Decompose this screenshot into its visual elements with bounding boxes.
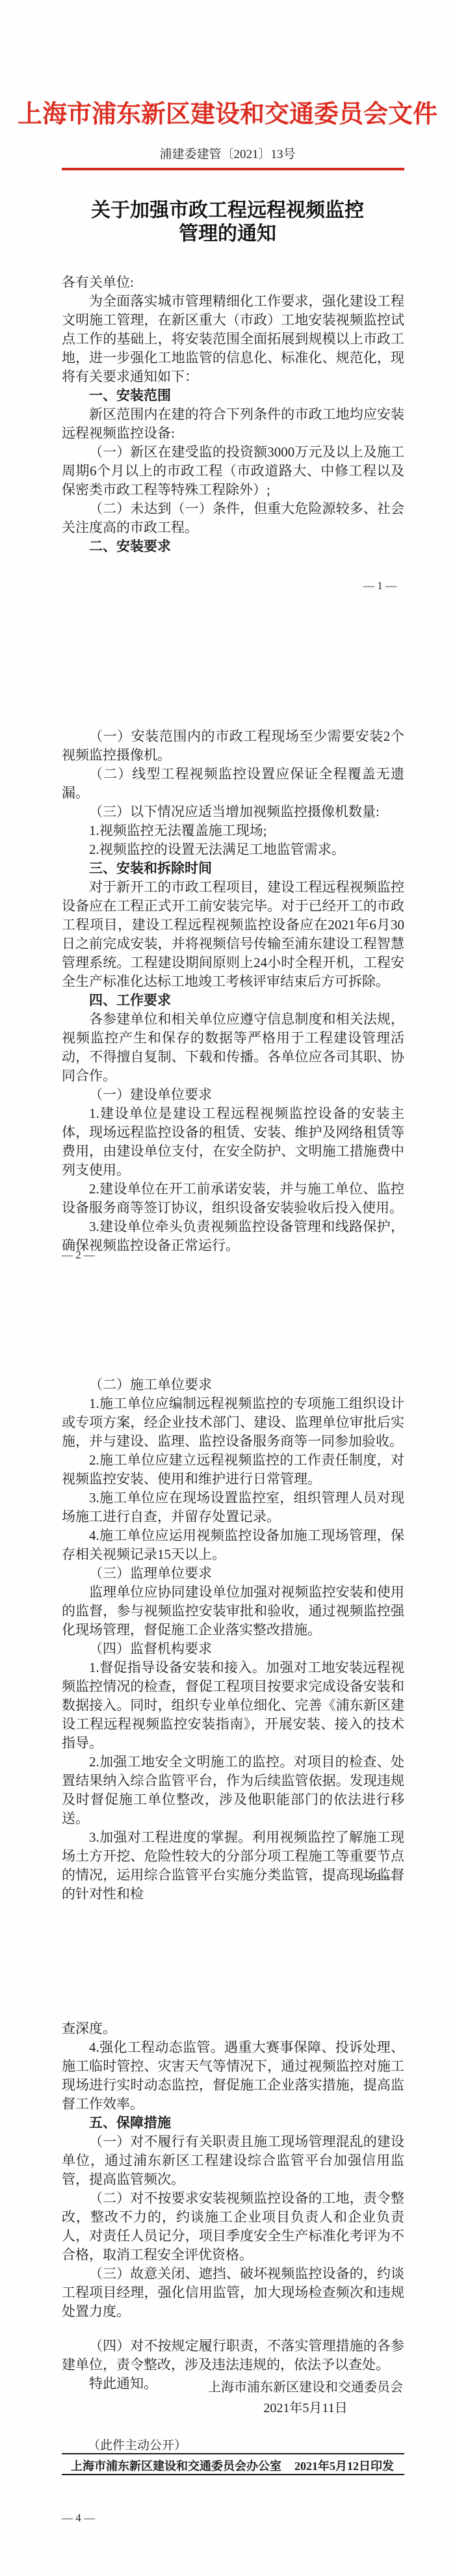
paragraph: （一）新区在建受监的投资额3000万元及以上及施工周期6个月以上的市政工程（市政… <box>62 443 404 499</box>
paragraph: 2.建设单位在开工前承诺安装，并与施工单位、监控设备服务商等签订协议，组织设备安… <box>62 1180 404 1217</box>
red-masthead-title: 上海市浦东新区建设和交通委员会文件 <box>0 94 455 129</box>
signature-organization: 上海市浦东新区建设和交通委员会 <box>208 2378 403 2397</box>
section-heading: 三、安装和拆除时间 <box>62 859 404 878</box>
paragraph: （四）对不按规定履行职责，不落实管理措施的各参建单位，责令整改，涉及违法违规的，… <box>62 2337 404 2374</box>
page-number-1: — 1 — <box>363 579 396 592</box>
page-4-body: 查深度。4.强化工程动态监管。遇重大赛事保障、投诉处理、施工临时管控、灾害天气等… <box>62 2019 404 2393</box>
paragraph: 监理单位应协同建设单位加强对视频监控安装和使用的监督，参与视频监控安装审批和验收… <box>62 1583 404 1640</box>
paragraph: （一）安装范围内的市政工程现场至少需要安装2个视频监控摄像机。 <box>62 727 404 765</box>
footer-divider-bottom <box>62 2474 404 2475</box>
sub-heading: （一）建设单位要求 <box>62 1085 404 1104</box>
signature-block: 上海市浦东新区建设和交通委员会 2021年5月11日 <box>208 2378 403 2418</box>
paragraph: 3.加强对工程进度的掌握。利用视频监控了解施工现场土方开挖、危险性较大的分部分项… <box>62 1828 404 1904</box>
paragraph: （三）以下情况应适当增加视频监控摄像机数量: <box>62 803 404 821</box>
sub-heading: （二）施工单位要求 <box>62 1375 404 1394</box>
red-divider-line <box>62 168 404 170</box>
page-2-body: （一）安装范围内的市政工程现场至少需要安装2个视频监控摄像机。（二）线型工程视频… <box>62 727 404 1255</box>
paragraph: 查深度。 <box>62 2019 404 2038</box>
scanned-document: 上海市浦东新区建设和交通委员会文件 浦建委建管〔2021〕13号 关于加强市政工… <box>0 0 455 2576</box>
paragraph: 对于新开工的市政工程项目，建设工程远程视频监控设备应在工程正式开工前安装完毕。对… <box>62 878 404 991</box>
footer-divider-top <box>62 2453 404 2454</box>
paragraph: （一）对不履行有关职责且施工现场管理混乱的建设单位，通过浦东新区工程建设综合监管… <box>62 2132 404 2189</box>
paragraph: 1.督促指导设备安装和接入。加强对工地安装远程视频监控情况的检查，督促工程项目按… <box>62 1658 404 1753</box>
public-disclosure-note: （此件主动公开） <box>88 2436 187 2453</box>
section-heading: 五、保障措施 <box>62 2114 404 2132</box>
footer-issuing-office: 上海市浦东新区建设和交通委员会办公室 <box>71 2457 281 2474</box>
document-number: 浦建委建管〔2021〕13号 <box>0 144 455 162</box>
paragraph: （三）故意关闭、遮挡、破坏视频监控设备的，约谈工程项目经理，强化信用监管，加大现… <box>62 2264 404 2321</box>
paragraph: 2.施工单位应建立远程视频监控的工作责任制度，对视频监控安装、使用和维护进行日常… <box>62 1451 404 1489</box>
sub-heading: （四）监督机构要求 <box>62 1640 404 1658</box>
paragraph: 3.施工单位应在现场设置监控室，组织管理人员对现场施工进行自查，并留存处置记录。 <box>62 1489 404 1526</box>
paragraph: （二）线型工程视频监控设置应保证全程覆盖无遗漏。 <box>62 765 404 803</box>
paragraph: 新区范围内在建的符合下列条件的市政工地均应安装远程视频监控设备: <box>62 405 404 443</box>
footer-issue-row: 上海市浦东新区建设和交通委员会办公室 2021年5月12日印发 <box>62 2457 404 2474</box>
paragraph: （二）未达到（一）条件，但重大危险源较多、社会关注度高的市政工程。 <box>62 499 404 537</box>
sub-heading: （三）监理单位要求 <box>62 1564 404 1583</box>
paragraph: 4.施工单位应运用视频监控设备加施工现场管理，保存相关视频记录15天以上。 <box>62 1526 404 1564</box>
footer-print-date: 2021年5月12日印发 <box>294 2457 394 2474</box>
paragraph: （二）对不按要求安装视频监控设备的工地，责令整改，整改不力的，约谈施工企业项目负… <box>62 2189 404 2264</box>
paragraph: 1.建设单位是建设工程远程视频监控设备的安装主体，现场远程监控设备的租赁、安装、… <box>62 1104 404 1180</box>
section-heading: 四、工作要求 <box>62 991 404 1010</box>
paragraph: 3.建设单位牵头负责视频监控设备管理和线路保护，确保视频监控设备正常运行。 <box>62 1217 404 1255</box>
paragraph: 各参建单位和相关单位应遵守信息制度和相关法规，视频监控产生和保存的数据等严格用于… <box>62 1010 404 1085</box>
signature-date: 2021年5月11日 <box>208 2398 403 2418</box>
paragraph: 1.视频监控无法覆盖施工现场; <box>62 821 404 840</box>
section-heading: 二、安装要求 <box>62 537 404 556</box>
section-heading: 一、安装范围 <box>62 386 404 405</box>
page-number-3: — 3 — <box>361 1870 395 1883</box>
paragraph: 4.强化工程动态监管。遇重大赛事保障、投诉处理、施工临时管控、灾害天气等情况下，… <box>62 2038 404 2114</box>
page-number-2: — 2 — <box>62 1249 95 1262</box>
paragraph: 2.加强工地安全文明施工的监控。对项目的检查、处置结果纳入综合监管平台，作为后续… <box>62 1753 404 1828</box>
paragraph: 为全面落实城市管理精细化工作要求，强化建设工程文明施工管理，在新区重大（市政）工… <box>62 292 404 386</box>
page-3-body: （二）施工单位要求1.施工单位应编制远程视频监控的专项施工组织设计或专项方案，经… <box>62 1375 404 1904</box>
paragraph: 2.视频监控的设置无法满足工地监管需求。 <box>62 840 404 859</box>
page-1-body: 各有关单位:为全面落实城市管理精细化工作要求，强化建设工程文明施工管理，在新区重… <box>62 273 404 556</box>
paragraph: 各有关单位: <box>62 273 404 292</box>
paragraph: 1.施工单位应编制远程视频监控的专项施工组织设计或专项方案，经企业技术部门、建设… <box>62 1394 404 1451</box>
notice-title: 关于加强市政工程远程视频监控 管理的通知 <box>0 199 455 246</box>
page-number-4: — 4 — <box>62 2512 95 2525</box>
